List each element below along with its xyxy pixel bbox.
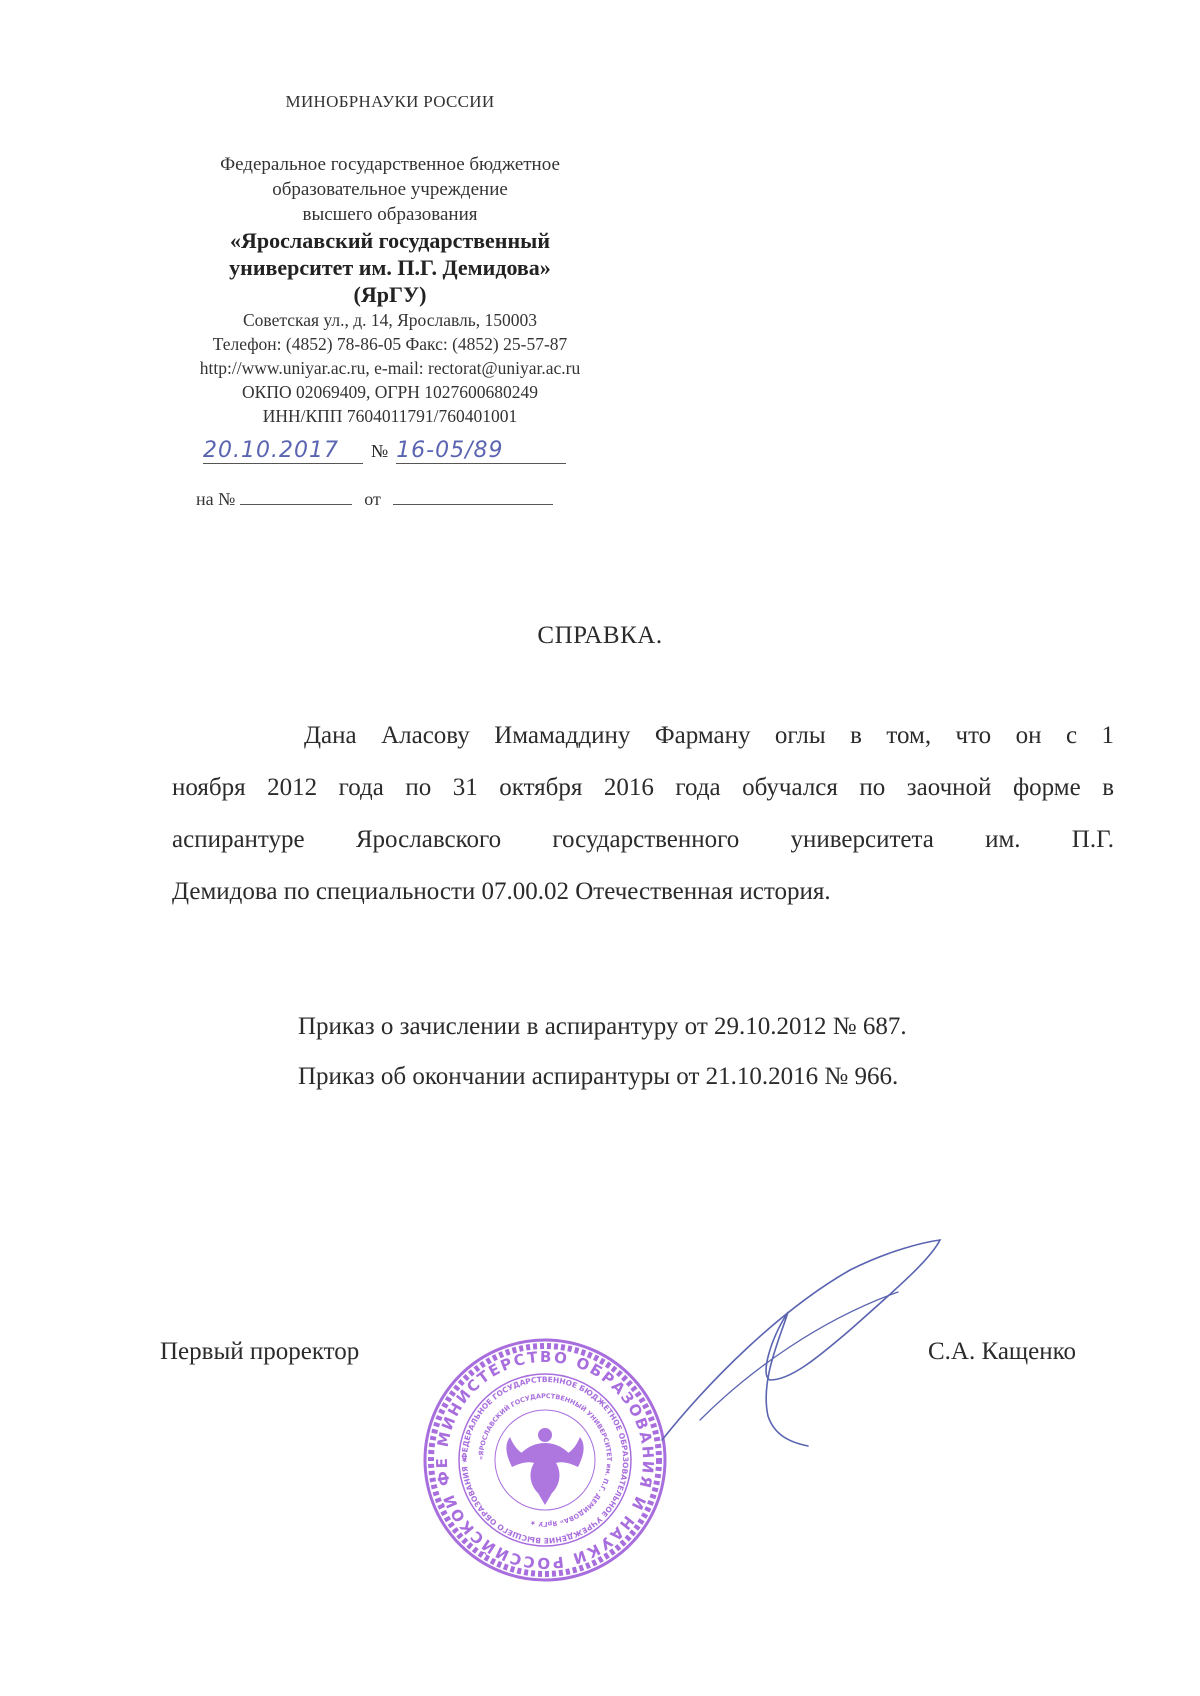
university-name-line: университет им. П.Г. Демидова»: [170, 254, 610, 281]
inn-kpp-line: ИНН/КПП 7604011791/760401001: [170, 404, 610, 428]
org-line: высшего образования: [170, 202, 610, 227]
outgoing-number: 16-05/89: [396, 438, 566, 464]
signatory-position: Первый проректор: [160, 1338, 359, 1366]
document-title: СПРАВКА.: [0, 622, 1200, 650]
org-line: образовательное учреждение: [170, 177, 610, 202]
enrollment-order: Приказ о зачислении в аспирантуру от 29.…: [298, 1013, 907, 1041]
organization-block: Федеральное государственное бюджетное об…: [170, 152, 610, 428]
ministry-heading: МИНОБРНАУКИ РОССИИ: [170, 92, 610, 112]
outgoing-date: 20.10.2017: [203, 438, 363, 464]
reply-number-field[interactable]: [240, 488, 352, 505]
body-line: ноября 2012 года по 31 октября 2016 года…: [172, 762, 1114, 814]
web-email-line: http://www.uniyar.ac.ru, e-mail: rectora…: [170, 356, 610, 380]
body-line: Демидова по специальности 07.00.02 Отече…: [172, 866, 1114, 918]
reply-reference: на № от: [196, 488, 553, 510]
phone-fax-line: Телефон: (4852) 78-86-05 Факс: (4852) 25…: [170, 332, 610, 356]
reply-date-field[interactable]: [393, 488, 553, 505]
address-line: Советская ул., д. 14, Ярославль, 150003: [170, 308, 610, 332]
certificate-body: Дана Аласову Имамаддину Фарману оглы в т…: [172, 710, 1114, 918]
handwritten-signature-icon: [640, 1220, 980, 1460]
reply-date-label: от: [364, 489, 381, 509]
graduation-order: Приказ об окончании аспирантуры от 21.10…: [298, 1063, 898, 1091]
university-abbr: (ЯрГУ): [170, 281, 610, 308]
okpo-ogrn-line: ОКПО 02069409, ОГРН 1027600680249: [170, 380, 610, 404]
official-stamp-icon: МИНИСТЕРСТВО ОБРАЗОВАНИЯ И НАУКИ РОССИЙС…: [420, 1335, 670, 1585]
reply-number-label: на №: [196, 489, 235, 509]
org-line: Федеральное государственное бюджетное: [170, 152, 610, 177]
body-line: Дана Аласову Имамаддину Фарману оглы в т…: [172, 710, 1114, 762]
number-sign: №: [371, 441, 388, 461]
university-name-line: «Ярославский государственный: [170, 227, 610, 254]
outgoing-reference: 20.10.2017 № 16-05/89: [203, 438, 566, 464]
body-line: аспирантуре Ярославского государственног…: [172, 814, 1114, 866]
